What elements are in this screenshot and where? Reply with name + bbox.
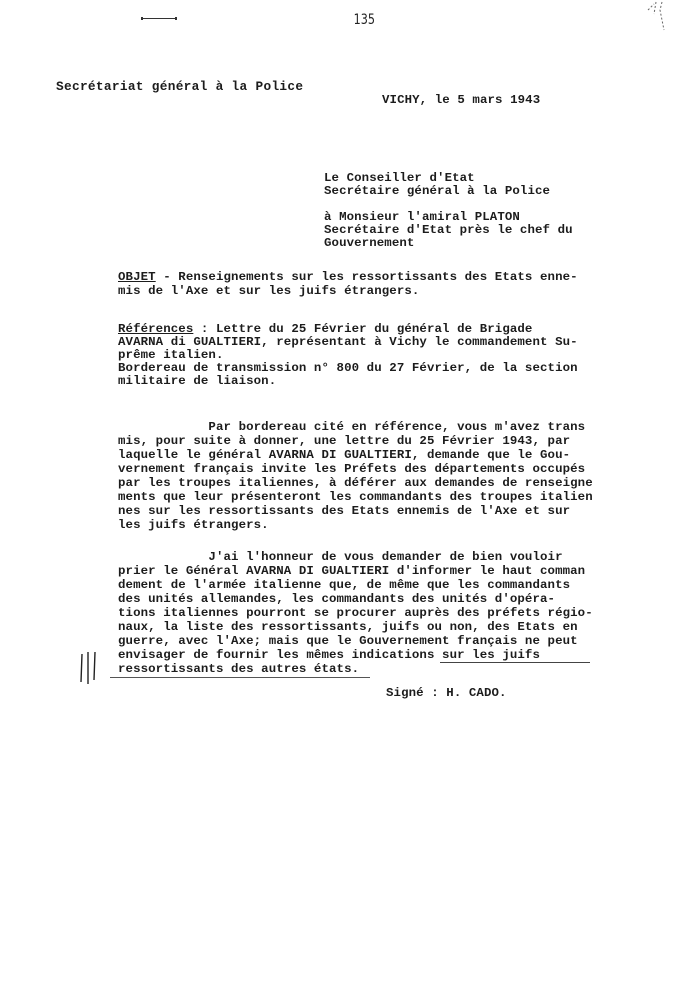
place-date: VICHY, le 5 mars 1943 — [382, 93, 540, 107]
objet-text: - Renseignements sur les ressortissants … — [156, 270, 578, 284]
para1-line: ments que leur présenteront les commanda… — [118, 490, 593, 504]
para1-line: nes sur les ressortissants des Etats enn… — [118, 504, 570, 518]
margin-marks-icon — [78, 650, 102, 686]
para1-line: Par bordereau cité en référence, vous m'… — [118, 420, 585, 434]
dash-mark — [142, 18, 176, 19]
para2-line: des unités allemandes, les commandants d… — [118, 592, 555, 606]
para2-line: prier le Général AVARNA DI GUALTIERI d'i… — [118, 564, 585, 578]
objet-line-1: OBJET - Renseignements sur les ressortis… — [118, 270, 578, 284]
para2-line: guerre, avec l'Axe; mais que le Gouverne… — [118, 634, 578, 648]
references-line-5: militaire de liaison. — [118, 374, 276, 388]
para2-line: envisager de fournir les mêmes indicatio… — [118, 648, 540, 662]
handwritten-underline — [110, 677, 370, 678]
references-label: Références — [118, 322, 193, 336]
para1-line: par les troupes italiennes, à déférer au… — [118, 476, 593, 490]
para1-line: les juifs étrangers. — [118, 518, 269, 532]
handwritten-underline — [440, 662, 590, 663]
sender-line-2: Secrétaire général à la Police — [324, 184, 550, 198]
para1-line: mis, pour suite à donner, une lettre du … — [118, 434, 570, 448]
para2-line: tions italiennes pourront se procurer au… — [118, 606, 593, 620]
para2-line: dement de l'armée italienne que, de même… — [118, 578, 570, 592]
para2-line: ressortissants des autres états. — [118, 662, 359, 676]
handwritten-annotation-icon — [638, 0, 678, 36]
office-heading: Secrétariat général à la Police — [56, 80, 303, 94]
para2-line: naux, la liste des ressortissants, juifs… — [118, 620, 578, 634]
para1-line: vernement français invite les Préfets de… — [118, 462, 585, 476]
objet-label: OBJET — [118, 270, 156, 284]
signature: Signé : H. CADO. — [386, 686, 507, 700]
references-text: : Lettre du 25 Février du général de Bri… — [193, 322, 532, 336]
recipient-line-3: Gouvernement — [324, 236, 414, 250]
para1-line: laquelle le général AVARNA DI GUALTIERI,… — [118, 448, 570, 462]
objet-line-2: mis de l'Axe et sur les juifs étrangers. — [118, 284, 419, 298]
para2-line: J'ai l'honneur de vous demander de bien … — [118, 550, 563, 564]
page-number: 135 — [354, 12, 375, 28]
